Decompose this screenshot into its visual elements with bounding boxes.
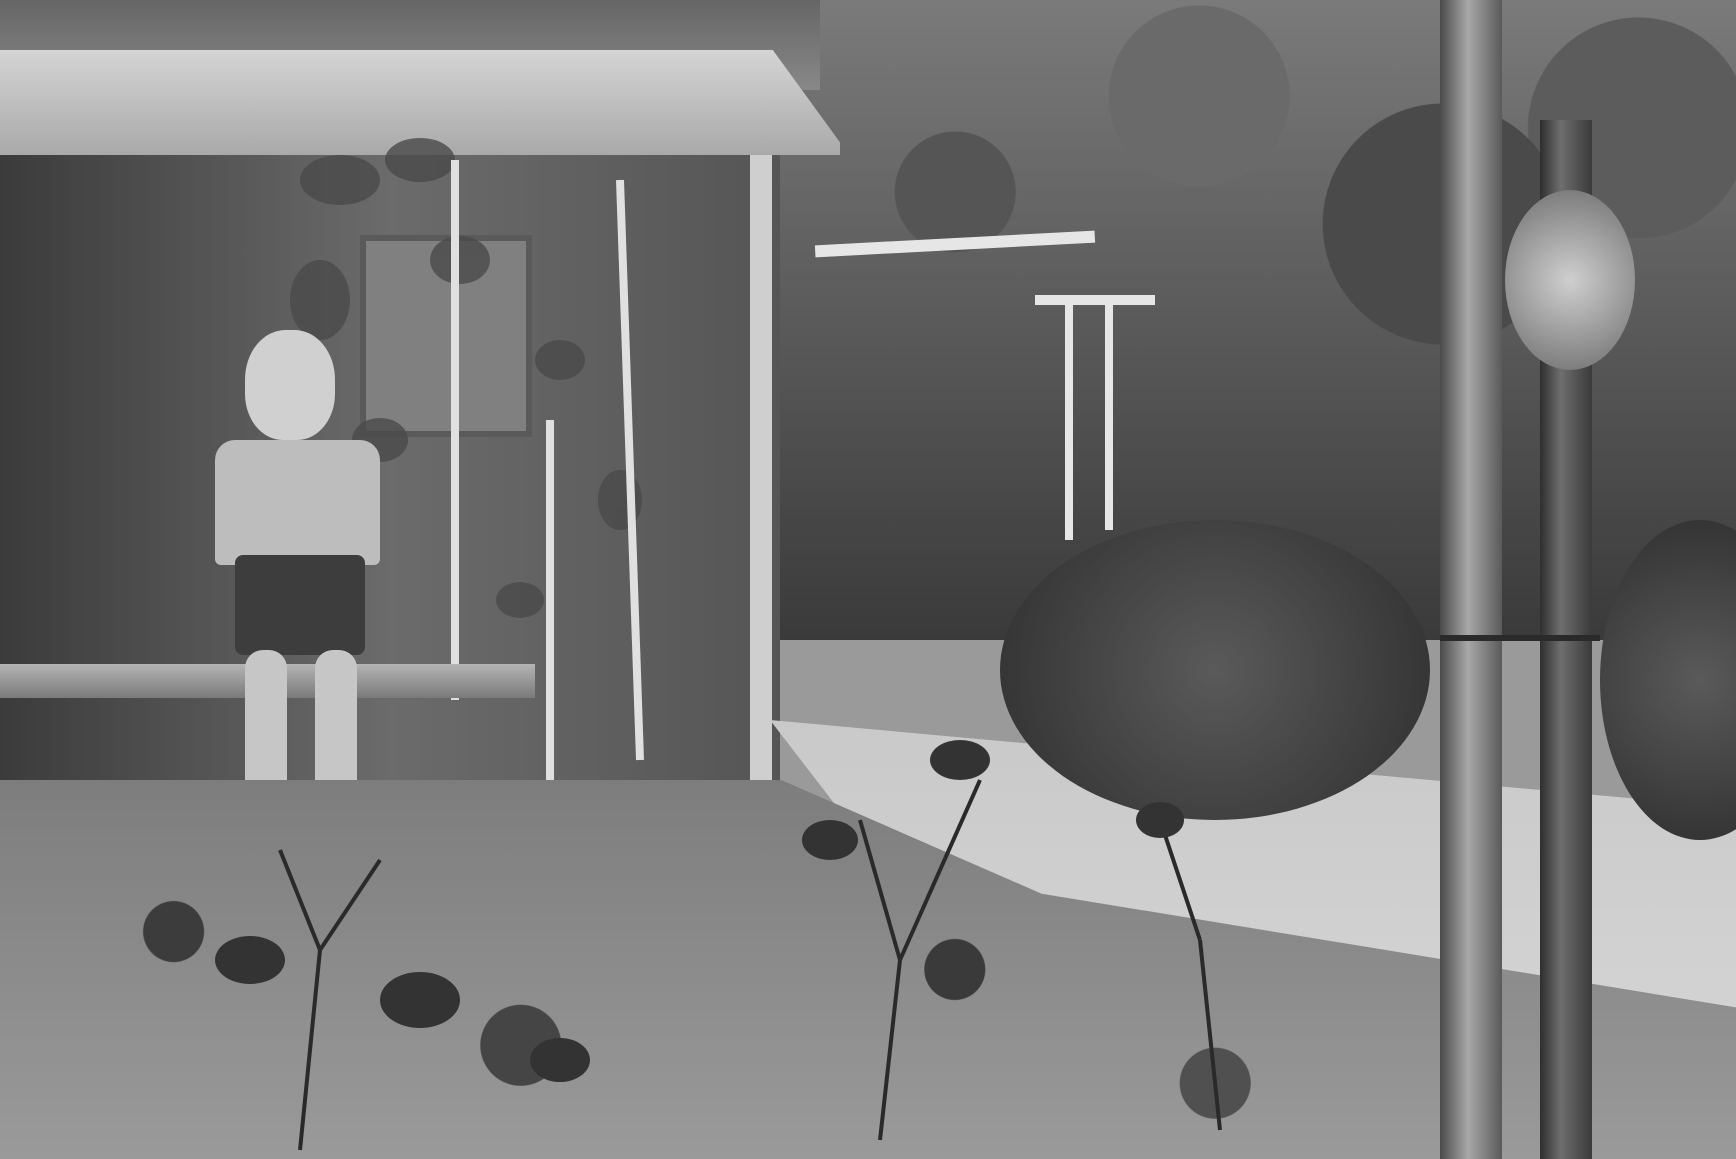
clothesline-post (1065, 300, 1073, 540)
young-tree-trunk (1440, 0, 1502, 1159)
tree-tie (1440, 635, 1600, 641)
garden-photograph (0, 0, 1736, 1159)
foreground-plants (0, 700, 1450, 1159)
shed-corner-post (750, 150, 772, 780)
boy-shirt (215, 440, 380, 565)
boy-head (245, 330, 335, 440)
boy-shorts (235, 555, 365, 655)
clothesline-crossbar-2 (1035, 295, 1155, 305)
hanging-ornament (1505, 190, 1635, 370)
clothesline-post-2 (1105, 300, 1113, 530)
